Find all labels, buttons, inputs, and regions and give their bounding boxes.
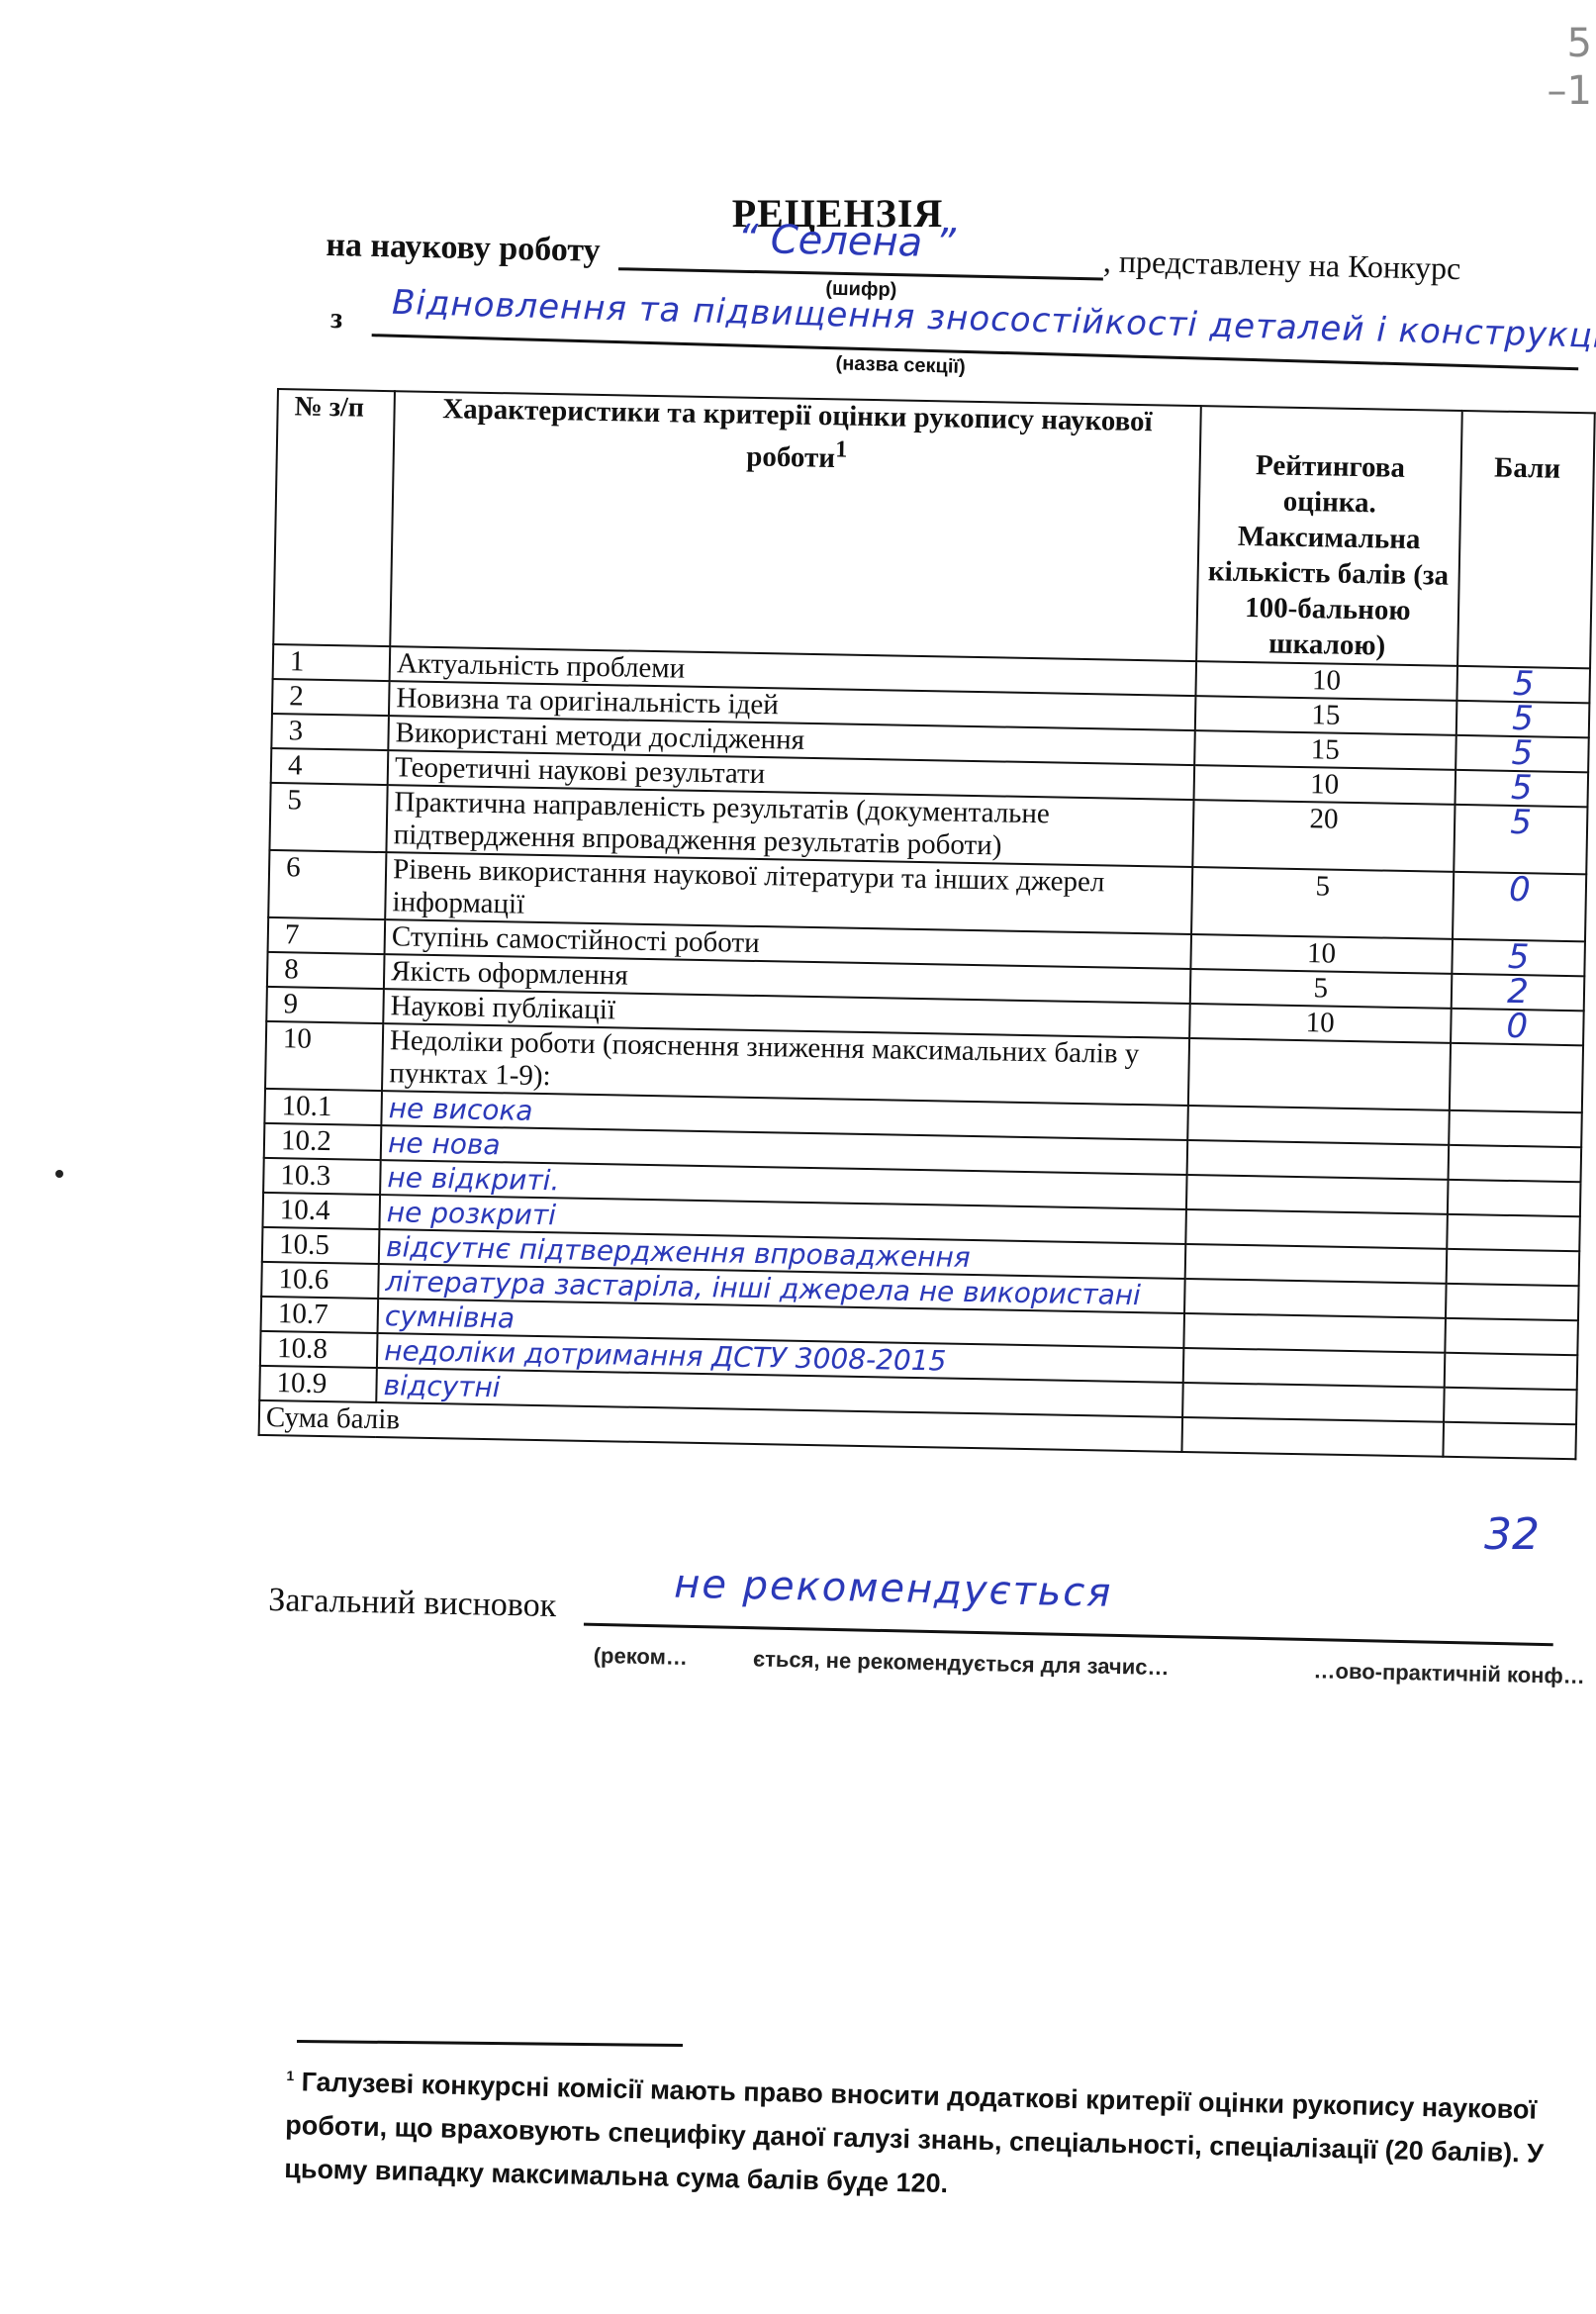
row-number: 10: [265, 1021, 383, 1091]
awarded-score[interactable]: 5: [1455, 770, 1588, 807]
deficiency-number: 10.3: [263, 1158, 381, 1195]
deficiency-number: 10.1: [264, 1089, 382, 1125]
deficiency-max-empty: [1185, 1209, 1448, 1249]
max-score: 10: [1193, 765, 1455, 805]
corner-mark-bottom: –1: [1548, 67, 1592, 115]
deficiency-max-empty: [1187, 1106, 1450, 1145]
section-prefix: з: [330, 302, 343, 335]
header-num: № з/п: [273, 389, 395, 646]
corner-mark-top: 5: [1548, 20, 1592, 67]
footnote-mark: 1: [286, 2068, 294, 2083]
awarded-score[interactable]: 5: [1452, 939, 1585, 976]
max-score: [1188, 1038, 1451, 1110]
max-score: 10: [1189, 1004, 1452, 1043]
max-score: 5: [1189, 969, 1452, 1009]
deficiency-max-empty: [1186, 1175, 1449, 1214]
deficiency-number: 10.5: [262, 1227, 380, 1264]
deficiency-number: 10.2: [264, 1123, 382, 1160]
awarded-score[interactable]: 5: [1456, 666, 1590, 703]
awarded-score[interactable]: 0: [1451, 1009, 1584, 1045]
sum-score-empty: [1443, 1422, 1576, 1459]
deficiency-score-empty: [1449, 1110, 1582, 1147]
deficiency-number: 10.7: [261, 1297, 379, 1333]
max-score: 20: [1192, 800, 1455, 872]
deficiency-score-empty: [1444, 1388, 1577, 1424]
footnote-rule: [297, 2040, 683, 2047]
cipher-value: “ Селена ”: [737, 217, 956, 267]
caption-fragment: ється, не рекомендується для зачис…: [753, 1646, 1170, 1680]
table-header-row: № з/п Характеристики та критерії оцінки …: [273, 389, 1595, 668]
row-number: 8: [267, 952, 385, 989]
deficiency-score-empty: [1447, 1214, 1580, 1251]
max-score: 10: [1195, 661, 1457, 701]
deficiency-number: 10.9: [259, 1366, 377, 1402]
row-number: 7: [268, 917, 386, 954]
deficiency-score-empty: [1448, 1180, 1581, 1216]
header-score: Бали: [1457, 411, 1595, 668]
deficiency-max-empty: [1184, 1244, 1447, 1284]
deficiency-max-empty: [1183, 1313, 1446, 1353]
awarded-score[interactable]: 5: [1454, 805, 1587, 874]
row-number: 4: [271, 748, 389, 785]
conclusion-caption: (реком… ється, не рекомендується для зач…: [593, 1643, 1582, 1689]
max-score: 10: [1190, 934, 1453, 974]
awarded-score[interactable]: [1450, 1043, 1583, 1112]
conclusion-value: не рекомендується: [674, 1562, 1113, 1616]
awarded-score[interactable]: 0: [1453, 872, 1586, 941]
deficiency-number: 10.8: [260, 1331, 378, 1368]
row-number: 5: [269, 783, 387, 852]
deficiency-max-empty: [1184, 1279, 1447, 1318]
awarded-score[interactable]: 5: [1455, 735, 1589, 772]
max-score: 15: [1194, 730, 1456, 770]
evaluation-table: № з/п Характеристики та критерії оцінки …: [258, 388, 1596, 1460]
footnote-text: Галузеві конкурсні комісії мають право в…: [284, 2067, 1544, 2198]
submitted-label: , представлену на Конкурс: [1103, 242, 1461, 286]
sum-max-empty: [1181, 1417, 1444, 1457]
row-number: 2: [272, 679, 390, 716]
deficiency-score-empty: [1445, 1353, 1578, 1390]
section-value: Відновлення та підвищення зносостійкості…: [392, 283, 1596, 357]
deficiency-score-empty: [1446, 1284, 1579, 1320]
row-number: 3: [271, 714, 389, 750]
deficiency-score-empty: [1448, 1145, 1581, 1182]
corner-page-marks: 5 –1: [1548, 20, 1592, 115]
header-criteria: Характеристики та критерії оцінки рукопи…: [390, 391, 1200, 661]
deficiency-max-empty: [1186, 1140, 1449, 1180]
sum-value[interactable]: 32: [1484, 1509, 1540, 1560]
section-caption: (назва секції): [835, 352, 966, 379]
section-line: з Відновлення та підвищення зносостійкос…: [330, 287, 1588, 370]
deficiency-number: 10.4: [262, 1193, 380, 1229]
awarded-score[interactable]: 5: [1456, 701, 1590, 737]
row-number: 1: [273, 644, 391, 681]
section-field[interactable]: Відновлення та підвищення зносостійкості…: [371, 288, 1579, 370]
margin-dot: [55, 1170, 63, 1178]
row-number: 6: [268, 850, 386, 919]
max-score: 15: [1195, 696, 1457, 735]
footnote-ref: 1: [835, 435, 848, 462]
footnote: 1 Галузеві конкурсні комісії мають право…: [284, 2054, 1593, 2220]
work-label: на наукову роботу: [326, 227, 601, 269]
row-number: 9: [266, 987, 384, 1023]
header-criteria-text: Характеристики та критерії оцінки рукопи…: [442, 393, 1153, 474]
deficiency-score-empty: [1446, 1249, 1579, 1286]
cipher-field[interactable]: “ Селена ” (шифр): [618, 224, 1104, 280]
caption-fragment: (реком…: [593, 1643, 688, 1670]
caption-fragment: …ово-практичній конф…: [1313, 1658, 1585, 1688]
deficiency-max-empty: [1182, 1348, 1445, 1388]
max-score: 5: [1191, 867, 1454, 939]
deficiency-number: 10.6: [261, 1262, 379, 1299]
conclusion-field[interactable]: не рекомендується: [584, 1578, 1554, 1647]
awarded-score[interactable]: 2: [1452, 974, 1585, 1011]
conclusion-line: Загальний висновок не рекомендується: [268, 1571, 1595, 1647]
header-max: Рейтингова оцінка. Максимальна кількість…: [1196, 406, 1462, 666]
conclusion-label: Загальний висновок: [268, 1582, 557, 1624]
deficiency-max-empty: [1182, 1383, 1445, 1422]
deficiency-score-empty: [1445, 1318, 1578, 1355]
